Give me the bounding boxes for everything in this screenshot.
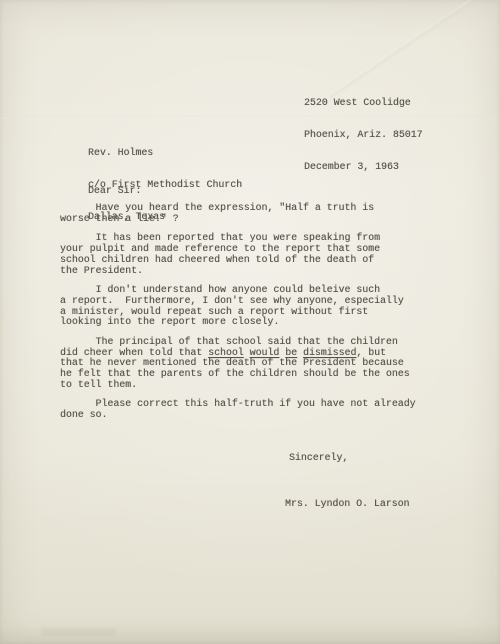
letter-text: that he never mentioned the death of the… [60,357,404,368]
letter-text: I don't understand how anyone could bele… [60,284,380,295]
letter-text: did cheer when told that [60,347,208,358]
underlined-text: school [208,347,244,358]
paragraph: Have you heard the expression, "Half a t… [60,203,416,225]
letter-text: It has been reported that you were speak… [60,232,380,243]
letter-text: The principal of that school said that t… [60,336,398,347]
letter-text: a report. Furthermore, I don't see why a… [60,295,404,306]
letter-text: worse then a lie." ? [60,213,179,224]
paper-crease-vertical [26,180,28,480]
letter-line: done so. [60,410,416,421]
letter-paragraphs: Have you heard the expression, "Half a t… [60,203,416,430]
letter-page: 2520 West Coolidge Phoenix, Ariz. 85017 … [0,0,500,644]
letter-text: a minister, would repeat such a report w… [60,306,368,317]
underlined-text: be [285,347,297,358]
underlined-text: would [250,347,280,358]
letter-text: your pulpit and made reference to the re… [60,243,380,254]
letter-text: , but [356,347,386,358]
return-address-line: 2520 West Coolidge [304,98,423,109]
faint-archive-stamp [42,628,116,636]
date-line: December 3, 1963 [304,162,423,173]
letter-text: Please correct this half-truth if you ha… [60,398,416,409]
letter-text: Have you heard the expression, "Half a t… [60,202,374,213]
letter-text: to tell them. [60,379,137,390]
letter-line: the President. [60,266,416,277]
salutation: Dear Sir: [88,186,141,197]
letter-text: school children had cheered when told of… [60,254,374,265]
letter-text: he felt that the parents of the children… [60,368,410,379]
return-address-line: Phoenix, Ariz. 85017 [304,130,423,141]
letter-text: done so. [60,409,107,420]
letter-line: worse then a lie." ? [60,214,416,225]
letter-line: Please correct this half-truth if you ha… [60,399,416,410]
underlined-text: dismissed [303,347,356,358]
paragraph: It has been reported that you were speak… [60,233,416,276]
paragraph: Please correct this half-truth if you ha… [60,399,416,421]
paragraph: The principal of that school said that t… [60,337,416,391]
letter-text: the President. [60,265,143,276]
signature-name: Mrs. Lyndon O. Larson [285,499,409,510]
recipient-line: Rev. Holmes [88,148,242,159]
paragraph: I don't understand how anyone could bele… [60,285,416,328]
return-address-block: 2520 West Coolidge Phoenix, Ariz. 85017 … [304,76,423,195]
closing: Sincerely, [289,453,348,464]
letter-line: looking into the report more closely. [60,317,416,328]
letter-text: looking into the report more closely. [60,316,279,327]
paper-crease-horizontal [0,116,500,118]
letter-line: to tell them. [60,380,416,391]
